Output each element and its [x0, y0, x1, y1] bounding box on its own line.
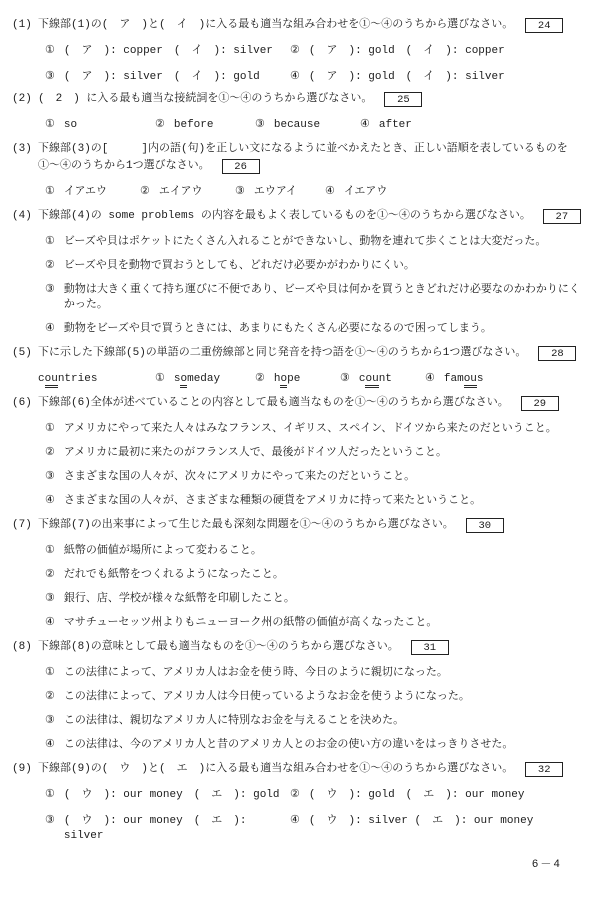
option-text: ビーズや貝はポケットにたくさん入れることができないし、動物を連れて歩くことは大変… [64, 235, 588, 250]
option-number: ③ [45, 283, 55, 298]
exam-page: (1) 下線部(1)の( ア )と( イ )に入る最も適当な組み合わせを①～④の… [0, 0, 600, 900]
option-number: ③ [45, 592, 55, 607]
option-text: この法律は、今のアメリカ人と昔のアメリカ人とのお金の使い方の違いをはっきりさせた… [64, 738, 588, 753]
question-body: 下線部(6)全体が述べていることの内容として最も適当なものを①～④のうちから選び… [38, 396, 588, 411]
options-row: ①so ②before ③because ④after [12, 118, 588, 133]
option-line: ④さまざまな国の人々が、さまざまな種類の硬貨をアメリカに持って来たということ。 [45, 494, 588, 509]
option-number: ③ [45, 814, 55, 829]
option-text: エイアウ [159, 185, 235, 200]
question-7-header: (7) 下線部(7)の出来事によって生じた最も深刻な問題を①～④のうちから選びな… [12, 518, 588, 533]
option-line: ①( ア ): copper ( イ ): silver [45, 44, 290, 59]
page-number: 6－4 [532, 858, 562, 873]
option-number: ① [45, 666, 55, 681]
option-line: ①イアエウ [45, 185, 140, 200]
question-body: 下に示した下線部(5)の単語の二重傍線部と同じ発音を持つ語を①～④のうちから1つ… [38, 346, 588, 361]
question-number: (2) [12, 92, 38, 107]
question-6: (6) 下線部(6)全体が述べていることの内容として最も適当なものを①～④のうち… [12, 396, 588, 509]
option-line: ①紙幣の価値が場所によって変わること。 [45, 544, 588, 559]
option-line: ②before [155, 118, 255, 133]
option-text: アメリカに最初に来たのがフランス人で、最後がドイツ人だったということ。 [64, 446, 588, 461]
option-line: ③銀行、店、学校が様々な紙幣を印刷したこと。 [45, 592, 588, 607]
option-text: さまざまな国の人々が、次々にアメリカにやって来たのだということ。 [64, 470, 588, 485]
option-number: ② [155, 118, 165, 133]
double-underline: ou [464, 373, 477, 388]
option-number: ③ [45, 470, 55, 485]
option-line: ①アメリカにやって来た人々はみなフランス、イギリス、スペイン、ドイツから来たのだ… [45, 422, 588, 437]
options-grid: ①( ウ ): our money ( エ ): gold ②( ウ ): go… [12, 788, 588, 844]
option-text: この法律によって、アメリカ人はお金を使う時、今日のように親切になった。 [64, 666, 588, 681]
question-2: (2) ( 2 ) に入る最も適当な接続詞を①～④のうちから選びなさい。25 ①… [12, 92, 588, 133]
option-number: ④ [325, 185, 335, 200]
question-number: (8) [12, 640, 38, 655]
option-number: ③ [235, 185, 245, 200]
question-9: (9) 下線部(9)の( ウ )と( エ )に入る最も適当な組み合わせを①～④の… [12, 762, 588, 844]
option-text: イエアウ [344, 185, 588, 200]
option-text: イアエウ [64, 185, 140, 200]
option-number: ② [290, 44, 300, 59]
option-text: after [379, 118, 588, 133]
answer-number-box: 24 [525, 18, 563, 33]
option-line: ④動物をビーズや貝で買うときには、あまりにもたくさん必要になるので困ってしまう。 [45, 322, 588, 337]
option-text: ( ア ): silver ( イ ): gold [64, 70, 290, 85]
option-number: ② [140, 185, 150, 200]
option-text: エウアイ [254, 185, 325, 200]
option-text: 動物は大きく重くて持ち運びに不便であり、ビーズや貝は何かを買うときどれだけ必要な… [64, 283, 588, 313]
option-number: ④ [425, 372, 435, 387]
question-text: 下線部(4)の some problems の内容を最もよく表しているものを①～… [38, 210, 531, 222]
question-3: (3) 下線部(3)の[ ]内の語(句)を正しい文になるように並べかえたとき、正… [12, 142, 588, 200]
question-8-header: (8) 下線部(8)の意味として最も適当なものを①～④のうちから選びなさい。31 [12, 640, 588, 655]
option-number: ② [45, 568, 55, 583]
question-number: (5) [12, 346, 38, 361]
option-line: ③動物は大きく重くて持ち運びに不便であり、ビーズや貝は何かを買うときどれだけ必要… [45, 283, 588, 313]
question-3-header: (3) 下線部(3)の[ ]内の語(句)を正しい文になるように並べかえたとき、正… [12, 142, 588, 174]
option-number: ④ [45, 738, 55, 753]
question-5-header: (5) 下に示した下線部(5)の単語の二重傍線部と同じ発音を持つ語を①～④のうち… [12, 346, 588, 361]
option-number: ② [45, 259, 55, 274]
option-number: ④ [45, 322, 55, 337]
option-text: ビーズや貝を動物で買おうとしても、どれだけ必要かがわかりにくい。 [64, 259, 588, 274]
option-line: ③( ウ ): our money ( エ ): silver [45, 814, 290, 844]
answer-number-box: 31 [411, 640, 449, 655]
pronunciation-options-row: countries ①someday ②hope ③count ④famous [12, 372, 588, 387]
question-text-line2: ①～④のうちから1つ選びなさい。26 [38, 159, 588, 174]
question-number: (6) [12, 396, 38, 411]
answer-number-box: 32 [525, 762, 563, 777]
option-line: ④after [360, 118, 588, 133]
option-text: この法律によって、アメリカ人は今日使っているようなお金を使うようになった。 [64, 690, 588, 705]
option-line: ④( ア ): gold ( イ ): silver [290, 70, 588, 85]
option-line: ②だれでも紙幣をつくれるようになったこと。 [45, 568, 588, 583]
question-text-line1: 下線部(3)の[ ]内の語(句)を正しい文になるように並べかえたとき、正しい語順… [38, 142, 588, 157]
option-line: ①so [45, 118, 155, 133]
question-text: 下線部(8)の意味として最も適当なものを①～④のうちから選びなさい。 [38, 641, 399, 653]
option-text: because [274, 118, 360, 133]
option-text: 銀行、店、学校が様々な紙幣を印刷したこと。 [64, 592, 588, 607]
option-number: ① [45, 185, 55, 200]
question-body: 下線部(1)の( ア )と( イ )に入る最も適当な組み合わせを①～④のうちから… [38, 18, 588, 33]
question-2-header: (2) ( 2 ) に入る最も適当な接続詞を①～④のうちから選びなさい。25 [12, 92, 588, 107]
answer-number-box: 28 [538, 346, 576, 361]
question-text: 下線部(9)の( ウ )と( エ )に入る最も適当な組み合わせを①～④のうちから… [38, 763, 513, 775]
option-number: ③ [45, 70, 55, 85]
answer-number-box: 30 [466, 518, 504, 533]
option-number: ④ [290, 814, 300, 829]
question-number: (7) [12, 518, 38, 533]
question-5: (5) 下に示した下線部(5)の単語の二重傍線部と同じ発音を持つ語を①～④のうち… [12, 346, 588, 387]
option-line: ②エイアウ [140, 185, 235, 200]
option-line: ③さまざまな国の人々が、次々にアメリカにやって来たのだということ。 [45, 470, 588, 485]
option-line: ①この法律によって、アメリカ人はお金を使う時、今日のように親切になった。 [45, 666, 588, 681]
option-number: ④ [360, 118, 370, 133]
option-line: ②( ア ): gold ( イ ): copper [290, 44, 588, 59]
option-number: ① [45, 422, 55, 437]
option-line: ①( ウ ): our money ( エ ): gold [45, 788, 290, 803]
question-number: (1) [12, 18, 38, 33]
option-text: 動物をビーズや貝で買うときには、あまりにもたくさん必要になるので困ってしまう。 [64, 322, 588, 337]
option-text: ( ウ ): gold ( エ ): our money [309, 788, 588, 803]
option-line: ③エウアイ [235, 185, 325, 200]
double-underline: ou [365, 373, 378, 388]
option-line: ④famous [425, 372, 588, 387]
option-word: count [359, 372, 392, 387]
option-line: ④マサチューセッツ州よりもニューヨーク州の紙幣の価値が高くなったこと。 [45, 616, 588, 631]
answer-number-box: 26 [222, 159, 260, 174]
question-number: (3) [12, 142, 38, 174]
option-text: so [64, 118, 155, 133]
option-line: ③because [255, 118, 360, 133]
option-line: ②アメリカに最初に来たのがフランス人で、最後がドイツ人だったということ。 [45, 446, 588, 461]
question-6-header: (6) 下線部(6)全体が述べていることの内容として最も適当なものを①～④のうち… [12, 396, 588, 411]
option-word: someday [174, 372, 220, 387]
option-number: ① [45, 788, 55, 803]
option-text: ( ウ ): silver ( エ ): our money [309, 814, 588, 829]
options-row: ①イアエウ ②エイアウ ③エウアイ ④イエアウ [12, 185, 588, 200]
question-body: 下線部(4)の some problems の内容を最もよく表しているものを①～… [38, 209, 588, 224]
option-number: ③ [45, 714, 55, 729]
option-line: ③( ア ): silver ( イ ): gold [45, 70, 290, 85]
option-number: ④ [45, 616, 55, 631]
option-number: ① [45, 118, 55, 133]
question-text: 下に示した下線部(5)の単語の二重傍線部と同じ発音を持つ語を①～④のうちから1つ… [38, 347, 526, 359]
option-word: famous [444, 372, 484, 387]
question-text: 下線部(7)の出来事によって生じた最も深刻な問題を①～④のうちから選びなさい。 [38, 519, 454, 531]
option-word: hope [274, 372, 300, 387]
question-text: 下線部(6)全体が述べていることの内容として最も適当なものを①～④のうちから選び… [38, 397, 509, 409]
question-text: 下線部(1)の( ア )と( イ )に入る最も適当な組み合わせを①～④のうちから… [38, 19, 513, 31]
option-text: ( ア ): copper ( イ ): silver [64, 44, 290, 59]
option-text: マサチューセッツ州よりもニューヨーク州の紙幣の価値が高くなったこと。 [64, 616, 588, 631]
option-text: アメリカにやって来た人々はみなフランス、イギリス、スペイン、ドイツから来たのだと… [64, 422, 588, 437]
answer-number-box: 27 [543, 209, 581, 224]
question-text: ( 2 ) に入る最も適当な接続詞を①～④のうちから選びなさい。 [38, 93, 372, 105]
question-number: (9) [12, 762, 38, 777]
option-text: before [174, 118, 255, 133]
options-list: ①アメリカにやって来た人々はみなフランス、イギリス、スペイン、ドイツから来たのだ… [12, 422, 588, 509]
question-8: (8) 下線部(8)の意味として最も適当なものを①～④のうちから選びなさい。31… [12, 640, 588, 753]
question-body: 下線部(9)の( ウ )と( エ )に入る最も適当な組み合わせを①～④のうちから… [38, 762, 588, 777]
question-1: (1) 下線部(1)の( ア )と( イ )に入る最も適当な組み合わせを①～④の… [12, 18, 588, 85]
option-text: ( ウ ): our money ( エ ): gold [64, 788, 290, 803]
option-text: 紙幣の価値が場所によって変わること。 [64, 544, 588, 559]
option-line: ①ビーズや貝はポケットにたくさん入れることができないし、動物を連れて歩くことは大… [45, 235, 588, 250]
question-1-header: (1) 下線部(1)の( ア )と( イ )に入る最も適当な組み合わせを①～④の… [12, 18, 588, 33]
option-line: ①someday [155, 372, 255, 387]
option-number: ② [255, 372, 265, 387]
answer-number-box: 25 [384, 92, 422, 107]
option-text: ( ウ ): our money ( エ ): silver [64, 814, 290, 844]
option-line: ②この法律によって、アメリカ人は今日使っているようなお金を使うようになった。 [45, 690, 588, 705]
option-text: この法律は、親切なアメリカ人に特別なお金を与えることを決めた。 [64, 714, 588, 729]
question-number: (4) [12, 209, 38, 224]
question-7: (7) 下線部(7)の出来事によって生じた最も深刻な問題を①～④のうちから選びな… [12, 518, 588, 631]
options-list: ①ビーズや貝はポケットにたくさん入れることができないし、動物を連れて歩くことは大… [12, 235, 588, 337]
option-text: さまざまな国の人々が、さまざまな種類の硬貨をアメリカに持って来たということ。 [64, 494, 588, 509]
question-body: 下線部(8)の意味として最も適当なものを①～④のうちから選びなさい。31 [38, 640, 588, 655]
option-number: ① [45, 44, 55, 59]
question-body: 下線部(3)の[ ]内の語(句)を正しい文になるように並べかえたとき、正しい語順… [38, 142, 588, 174]
option-number: ③ [255, 118, 265, 133]
double-underline: ou [45, 373, 58, 388]
option-number: ② [290, 788, 300, 803]
question-9-header: (9) 下線部(9)の( ウ )と( エ )に入る最も適当な組み合わせを①～④の… [12, 762, 588, 777]
option-number: ④ [45, 494, 55, 509]
option-number: ② [45, 690, 55, 705]
option-line: ④( ウ ): silver ( エ ): our money [290, 814, 588, 844]
option-line: ②( ウ ): gold ( エ ): our money [290, 788, 588, 803]
answer-number-box: 29 [521, 396, 559, 411]
options-grid: ①( ア ): copper ( イ ): silver ②( ア ): gol… [12, 44, 588, 85]
question-body: ( 2 ) に入る最も適当な接続詞を①～④のうちから選びなさい。25 [38, 92, 588, 107]
option-line: ④イエアウ [325, 185, 588, 200]
option-number: ① [45, 235, 55, 250]
question-body: 下線部(7)の出来事によって生じた最も深刻な問題を①～④のうちから選びなさい。3… [38, 518, 588, 533]
option-number: ① [45, 544, 55, 559]
option-text: ( ア ): gold ( イ ): silver [309, 70, 588, 85]
option-line: ③count [340, 372, 425, 387]
option-line: ②hope [255, 372, 340, 387]
question-4-header: (4) 下線部(4)の some problems の内容を最もよく表しているも… [12, 209, 588, 224]
option-text: ( ア ): gold ( イ ): copper [309, 44, 588, 59]
options-list: ①この法律によって、アメリカ人はお金を使う時、今日のように親切になった。 ②この… [12, 666, 588, 753]
option-number: ② [45, 446, 55, 461]
option-line: ③この法律は、親切なアメリカ人に特別なお金を与えることを決めた。 [45, 714, 588, 729]
option-number: ④ [290, 70, 300, 85]
option-line: ②ビーズや貝を動物で買おうとしても、どれだけ必要かがわかりにくい。 [45, 259, 588, 274]
option-number: ③ [340, 372, 350, 387]
stem-word: countries [38, 372, 155, 387]
options-list: ①紙幣の価値が場所によって変わること。 ②だれでも紙幣をつくれるようになったこと… [12, 544, 588, 631]
option-line: ④この法律は、今のアメリカ人と昔のアメリカ人とのお金の使い方の違いをはっきりさせ… [45, 738, 588, 753]
option-text: だれでも紙幣をつくれるようになったこと。 [64, 568, 588, 583]
option-number: ① [155, 372, 165, 387]
question-4: (4) 下線部(4)の some problems の内容を最もよく表しているも… [12, 209, 588, 337]
